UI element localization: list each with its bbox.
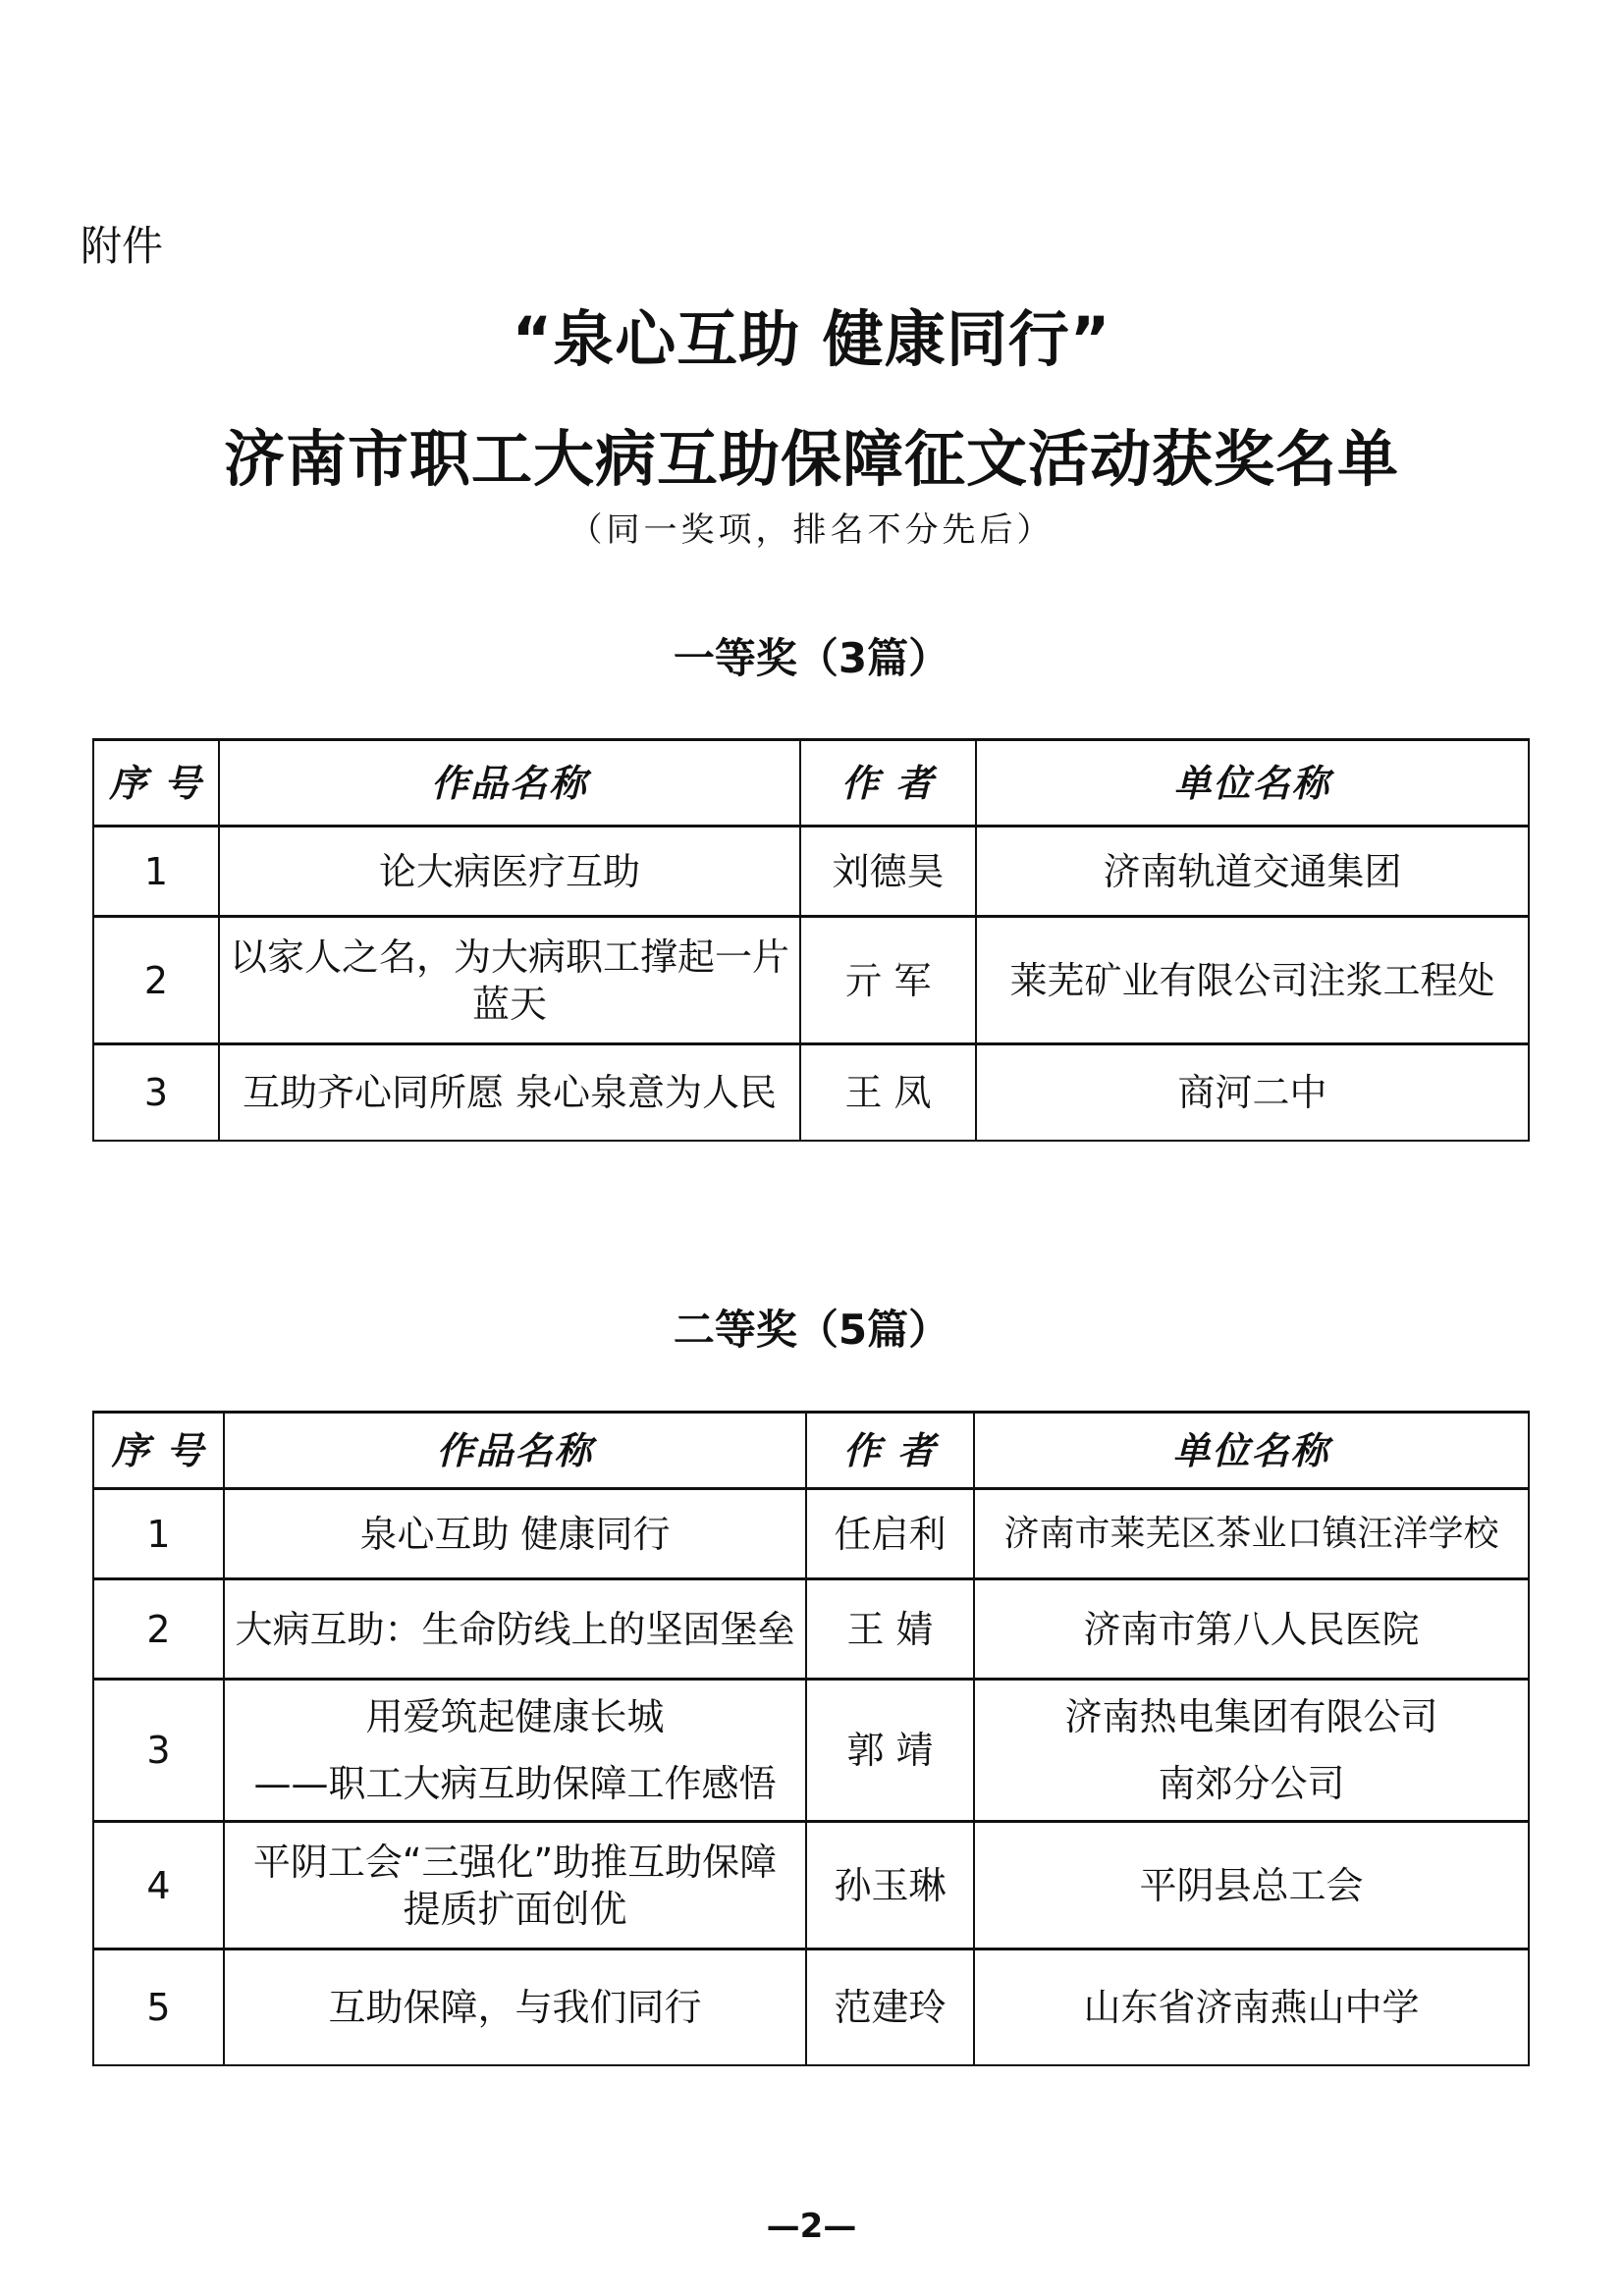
cell-author: 王 婧 (806, 1579, 974, 1680)
table-row: 3 互助齐心同所愿 泉心泉意为人民 王 凤 商河二中 (93, 1044, 1529, 1141)
cell-index: 2 (93, 917, 219, 1044)
cell-unit: 莱芜矿业有限公司注浆工程处 (976, 917, 1529, 1044)
cell-work: 互助保障，与我们同行 (224, 1949, 806, 2065)
column-header-index: 序 号 (93, 740, 219, 827)
column-header-author: 作 者 (806, 1413, 974, 1489)
cell-unit: 平阴县总工会 (974, 1822, 1529, 1949)
column-header-unit: 单位名称 (974, 1413, 1529, 1489)
cell-index: 3 (93, 1044, 219, 1141)
page-subtitle: （同一奖项，排名不分先后） (0, 503, 1623, 551)
page-title: 济南市职工大病互助保障征文活动获奖名单 (0, 410, 1623, 498)
table-row: 1 泉心互助 健康同行 任启利 济南市莱芜区茶业口镇汪洋学校 (93, 1489, 1529, 1579)
cell-index: 1 (93, 827, 219, 917)
attachment-label: 附件 (81, 214, 163, 273)
table-header-row: 序 号 作品名称 作 者 单位名称 (93, 740, 1529, 827)
page-number: —2— (0, 2207, 1623, 2246)
table-row: 4 平阴工会“三强化”助推互助保障 提质扩面创优 孙玉琳 平阴县总工会 (93, 1822, 1529, 1949)
cell-index: 5 (93, 1949, 224, 2065)
cell-author: 王 凤 (800, 1044, 976, 1141)
table-row: 1 论大病医疗互助 刘德昊 济南轨道交通集团 (93, 827, 1529, 917)
cell-work: 以家人之名，为大病职工撑起一片 蓝天 (219, 917, 800, 1044)
cell-unit: 济南热电集团有限公司 南郊分公司 (974, 1680, 1529, 1822)
cell-author: 范建玲 (806, 1949, 974, 2065)
cell-unit: 商河二中 (976, 1044, 1529, 1141)
table-row: 2 以家人之名，为大病职工撑起一片 蓝天 亓 军 莱芜矿业有限公司注浆工程处 (93, 917, 1529, 1044)
cell-author: 任启利 (806, 1489, 974, 1579)
cell-author: 郭 靖 (806, 1680, 974, 1822)
cell-work: 泉心互助 健康同行 (224, 1489, 806, 1579)
cell-unit: 济南市莱芜区茶业口镇汪洋学校 (974, 1489, 1529, 1579)
cell-index: 3 (93, 1680, 224, 1822)
table-row: 5 互助保障，与我们同行 范建玲 山东省济南燕山中学 (93, 1949, 1529, 2065)
table-row: 2 大病互助：生命防线上的坚固堡垒 王 婧 济南市第八人民医院 (93, 1579, 1529, 1680)
cell-author: 亓 军 (800, 917, 976, 1044)
first-prize-table: 序 号 作品名称 作 者 单位名称 1 论大病医疗互助 刘德昊 济南轨道交通集团… (92, 738, 1530, 1142)
table-header-row: 序 号 作品名称 作 者 单位名称 (93, 1413, 1529, 1489)
page-title-slogan: “泉心互助 健康同行” (0, 291, 1623, 378)
table-row: 3 用爱筑起健康长城 ——职工大病互助保障工作感悟 郭 靖 济南热电集团有限公司… (93, 1680, 1529, 1822)
cell-index: 2 (93, 1579, 224, 1680)
first-prize-heading: 一等奖（3篇） (0, 626, 1623, 685)
cell-index: 4 (93, 1822, 224, 1949)
column-header-work: 作品名称 (219, 740, 800, 827)
cell-work: 论大病医疗互助 (219, 827, 800, 917)
column-header-unit: 单位名称 (976, 740, 1529, 827)
column-header-index: 序 号 (93, 1413, 224, 1489)
cell-work: 大病互助：生命防线上的坚固堡垒 (224, 1579, 806, 1680)
cell-unit: 济南市第八人民医院 (974, 1579, 1529, 1680)
cell-work: 用爱筑起健康长城 ——职工大病互助保障工作感悟 (224, 1680, 806, 1822)
second-prize-table: 序 号 作品名称 作 者 单位名称 1 泉心互助 健康同行 任启利 济南市莱芜区… (92, 1411, 1530, 2066)
column-header-author: 作 者 (800, 740, 976, 827)
cell-index: 1 (93, 1489, 224, 1579)
column-header-work: 作品名称 (224, 1413, 806, 1489)
cell-work: 平阴工会“三强化”助推互助保障 提质扩面创优 (224, 1822, 806, 1949)
cell-work: 互助齐心同所愿 泉心泉意为人民 (219, 1044, 800, 1141)
cell-author: 孙玉琳 (806, 1822, 974, 1949)
cell-author: 刘德昊 (800, 827, 976, 917)
cell-unit: 山东省济南燕山中学 (974, 1949, 1529, 2065)
second-prize-heading: 二等奖（5篇） (0, 1298, 1623, 1357)
cell-unit: 济南轨道交通集团 (976, 827, 1529, 917)
